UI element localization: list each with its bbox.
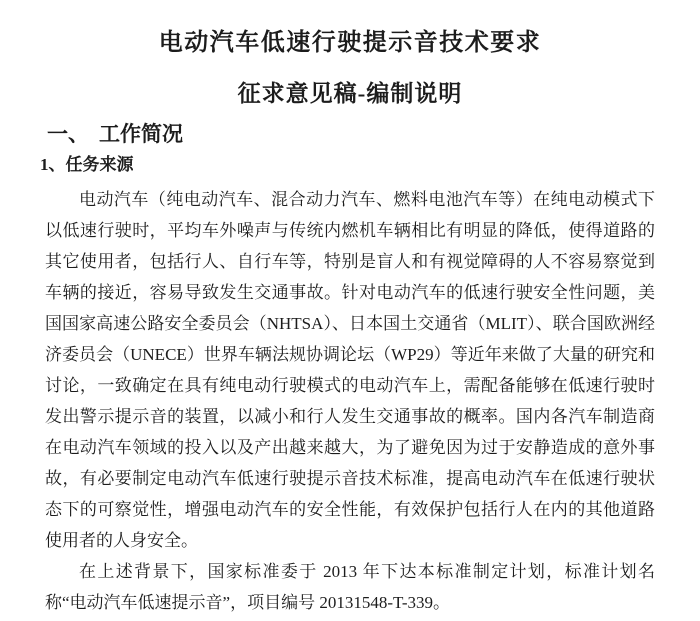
body-text: 电动汽车（纯电动汽车、混合动力汽车、燃料电池汽车等）在纯电动模式下以低速行驶时，… [45, 184, 655, 618]
document-title: 电动汽车低速行驶提示音技术要求 [45, 26, 655, 60]
section-heading: 一、工作简况 [47, 120, 655, 148]
document-page: 电动汽车低速行驶提示音技术要求 征求意见稿-编制说明 一、工作简况 1、任务来源… [0, 0, 700, 621]
subsection-heading: 1、任务来源 [40, 153, 655, 177]
section-heading-text: 工作简况 [99, 122, 183, 146]
paragraph: 在上述背景下，国家标准委于 2013 年下达本标准制定计划，标准计划名称“电动汽… [45, 556, 655, 618]
document-subtitle: 征求意见稿-编制说明 [45, 78, 655, 110]
paragraph: 电动汽车（纯电动汽车、混合动力汽车、燃料电池汽车等）在纯电动模式下以低速行驶时，… [45, 184, 655, 556]
section-heading-number: 一、 [47, 122, 89, 146]
